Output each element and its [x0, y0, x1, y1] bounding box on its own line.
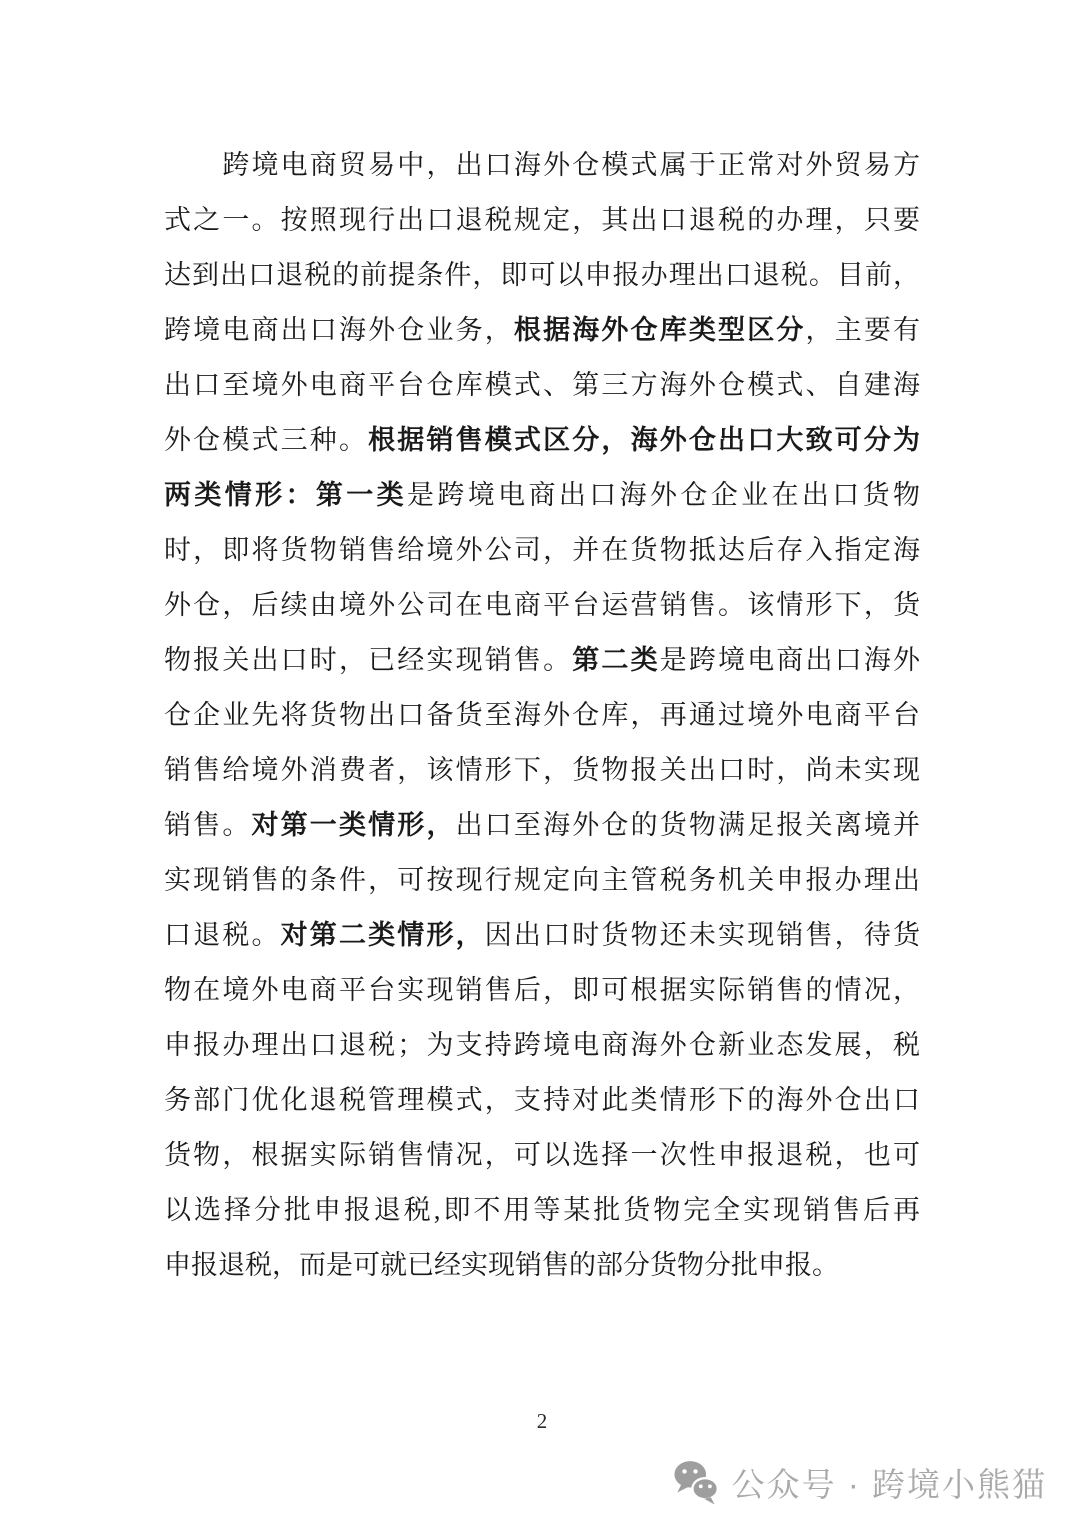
text-segment-bold: 两类情形：第一类	[164, 480, 407, 510]
text-segment: 时，即将货物销售给境外公司，并在货物抵达后存入指定海	[164, 535, 920, 565]
document-body: 跨境电商贸易中，出口海外仓模式属于正常对外贸易方式之一。按照现行出口退税规定，其…	[164, 138, 920, 1293]
text-segment: 销售给境外消费者，该情形下，货物报关出口时，尚未实现	[164, 755, 920, 785]
text-segment: 外仓模式三种。	[164, 425, 368, 455]
text-line: 时，即将货物销售给境外公司，并在货物抵达后存入指定海	[164, 523, 920, 578]
text-line: 务部门优化退税管理模式，支持对此类情形下的海外仓出口	[164, 1073, 920, 1128]
text-segment: 以选择分批申报退税,即不用等某批货物完全实现销售后再	[164, 1195, 920, 1225]
page-number: 2	[164, 1406, 920, 1436]
text-segment: 仓企业先将货物出口备货至海外仓库，再通过境外电商平台	[164, 700, 920, 730]
footer-brand-text: 公众号 · 跨境小熊猫	[732, 1459, 1047, 1506]
text-segment: 申报办理出口退税；为支持跨境电商海外仓新业态发展，税	[164, 1030, 920, 1060]
text-line: 申报退税，而是可就已经实现销售的部分货物分批申报。	[164, 1238, 920, 1293]
text-segment: 达到出口退税的前提条件，即可以申报办理出口退税。目前，	[164, 260, 920, 290]
text-segment: 物在境外电商平台实现销售后，即可根据实际销售的情况，	[164, 975, 920, 1005]
text-segment-bold: 第二类	[572, 645, 659, 675]
text-line: 出口至境外电商平台仓库模式、第三方海外仓模式、自建海	[164, 358, 920, 413]
text-line: 口退税。对第二类情形，因出口时货物还未实现销售，待货	[164, 908, 920, 963]
text-line: 式之一。按照现行出口退税规定，其出口退税的办理，只要	[164, 193, 920, 248]
text-line: 仓企业先将货物出口备货至海外仓库，再通过境外电商平台	[164, 688, 920, 743]
text-segment: 务部门优化退税管理模式，支持对此类情形下的海外仓出口	[164, 1085, 920, 1115]
text-segment: 口退税。	[164, 920, 281, 950]
text-segment-bold: 根据海外仓库类型区分	[514, 315, 806, 345]
text-segment: ，主要有	[806, 315, 920, 345]
footer-brand: 公众号 · 跨境小熊猫	[672, 1458, 1047, 1506]
text-segment: 出口至境外电商平台仓库模式、第三方海外仓模式、自建海	[164, 370, 920, 400]
text-line: 销售给境外消费者，该情形下，货物报关出口时，尚未实现	[164, 743, 920, 798]
text-segment: 式之一。按照现行出口退税规定，其出口退税的办理，只要	[164, 205, 920, 235]
text-segment: 销售。	[164, 810, 251, 840]
text-segment: 跨境电商贸易中，出口海外仓模式属于正常对外贸易方	[164, 150, 920, 180]
text-line: 外仓模式三种。根据销售模式区分，海外仓出口大致可分为	[164, 413, 920, 468]
document-page: 跨境电商贸易中，出口海外仓模式属于正常对外贸易方式之一。按照现行出口退税规定，其…	[0, 0, 1080, 1527]
text-line: 货物，根据实际销售情况，可以选择一次性申报退税，也可	[164, 1128, 920, 1183]
text-line: 两类情形：第一类是跨境电商出口海外仓企业在出口货物	[164, 468, 920, 523]
text-segment: 物报关出口时，已经实现销售。	[164, 645, 572, 675]
text-segment: 货物，根据实际销售情况，可以选择一次性申报退税，也可	[164, 1140, 920, 1170]
wechat-icon	[672, 1459, 720, 1505]
text-segment: 出口至海外仓的货物满足报关离境并	[456, 810, 920, 840]
text-segment: 是跨境电商出口海外仓企业在出口货物	[407, 480, 920, 510]
text-segment: 是跨境电商出口海外	[660, 645, 920, 675]
text-segment: 外仓，后续由境外公司在电商平台运营销售。该情形下，货	[164, 590, 920, 620]
text-line: 跨境电商出口海外仓业务，根据海外仓库类型区分，主要有	[164, 303, 920, 358]
text-segment-bold: 对第二类情形，	[281, 920, 485, 950]
text-segment: 实现销售的条件，可按现行规定向主管税务机关申报办理出	[164, 865, 920, 895]
text-segment: 申报退税，而是可就已经实现销售的部分货物分批申报。	[164, 1250, 839, 1280]
text-line: 跨境电商贸易中，出口海外仓模式属于正常对外贸易方	[164, 138, 920, 193]
text-line: 以选择分批申报退税,即不用等某批货物完全实现销售后再	[164, 1183, 920, 1238]
text-segment: 跨境电商出口海外仓业务，	[164, 315, 514, 345]
text-segment: 因出口时货物还未实现销售，待货	[485, 920, 920, 950]
text-line: 物报关出口时，已经实现销售。第二类是跨境电商出口海外	[164, 633, 920, 688]
text-line: 物在境外电商平台实现销售后，即可根据实际销售的情况，	[164, 963, 920, 1018]
text-line: 销售。对第一类情形，出口至海外仓的货物满足报关离境并	[164, 798, 920, 853]
text-segment-bold: 根据销售模式区分，海外仓出口大致可分为	[368, 425, 920, 455]
text-segment-bold: 对第一类情形，	[251, 810, 455, 840]
text-line: 申报办理出口退税；为支持跨境电商海外仓新业态发展，税	[164, 1018, 920, 1073]
text-line: 外仓，后续由境外公司在电商平台运营销售。该情形下，货	[164, 578, 920, 633]
text-line: 实现销售的条件，可按现行规定向主管税务机关申报办理出	[164, 853, 920, 908]
text-line: 达到出口退税的前提条件，即可以申报办理出口退税。目前，	[164, 248, 920, 303]
